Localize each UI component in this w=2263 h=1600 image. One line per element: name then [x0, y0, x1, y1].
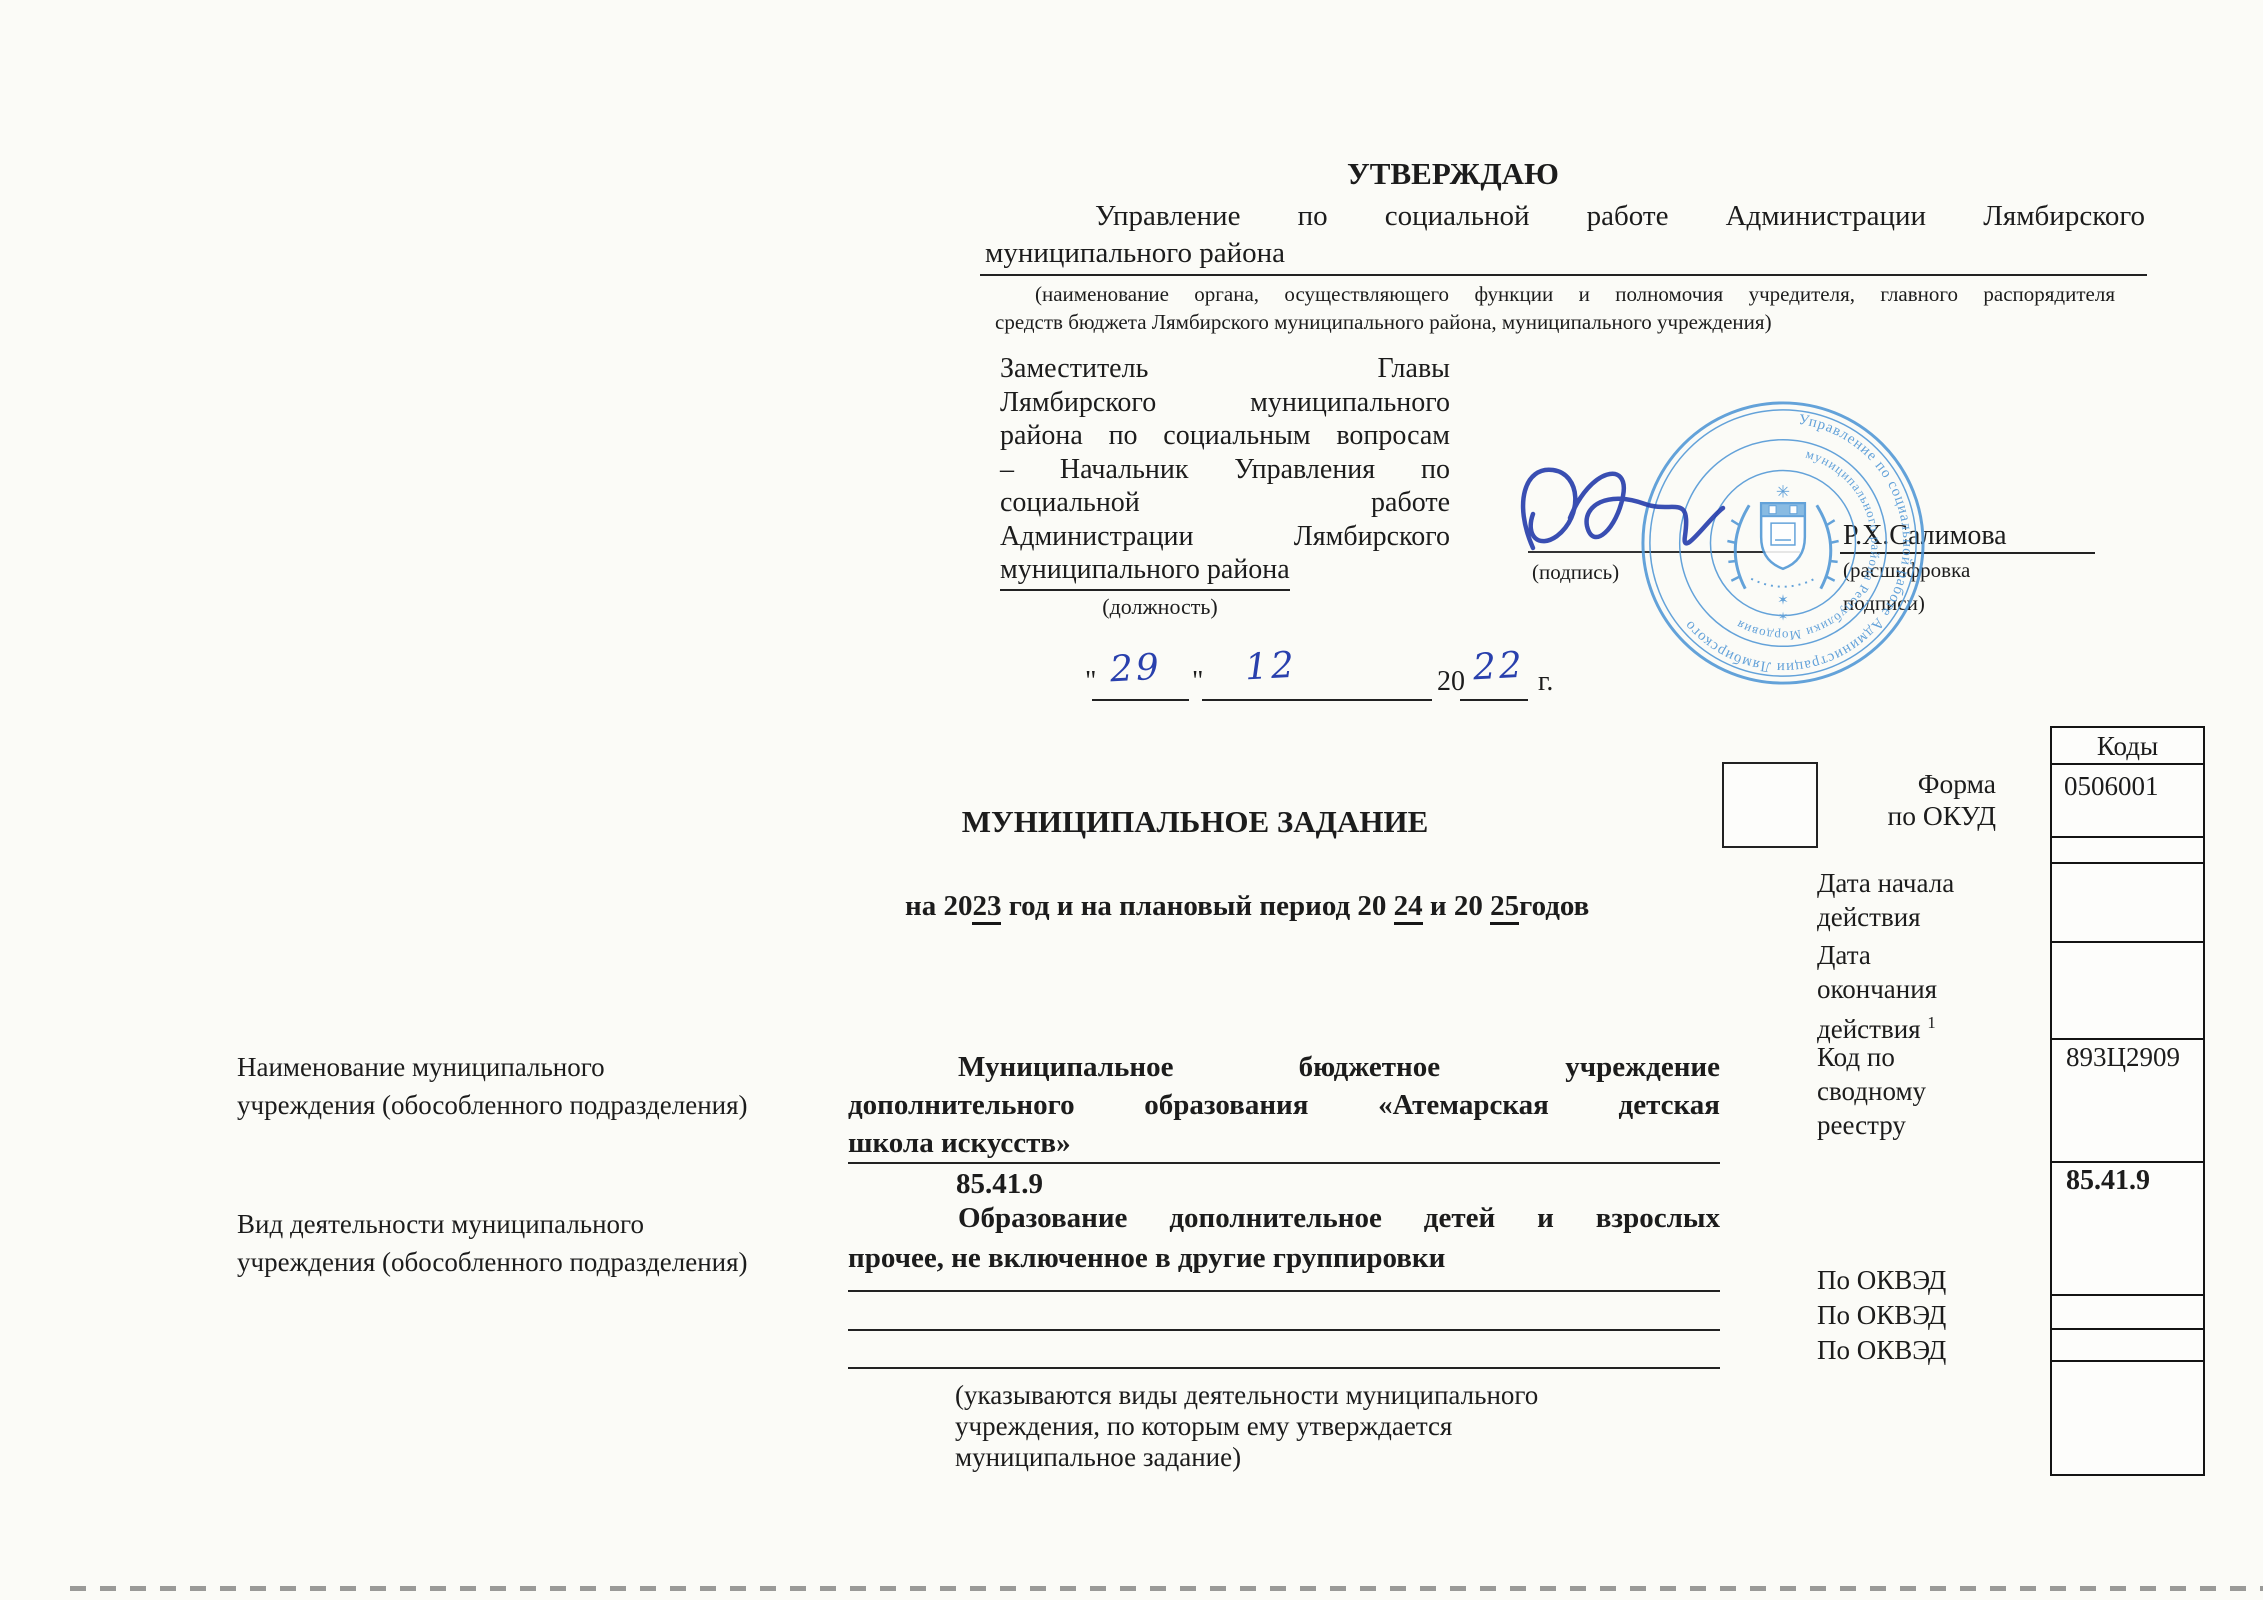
- activity-value-line1: Образование дополнительное детей и взрос…: [848, 1202, 1720, 1235]
- codes-table: Коды 0506001 893Ц2909 85.41.9: [2050, 726, 2205, 1476]
- activity-value-line2: прочее, не включенное в другие группиров…: [848, 1242, 1720, 1275]
- date-end-cell: [2052, 941, 2203, 1038]
- subtitle-text: на 20: [905, 890, 972, 922]
- approve-heading: УТВЕРЖДАЮ: [1318, 156, 1588, 192]
- scanned-document-page: УТВЕРЖДАЮ Управление по социальной работ…: [0, 0, 2263, 1600]
- stamp-star-icon: ✶: [1778, 609, 1788, 623]
- institution-name-value: Муниципальное бюджетное учреждение допол…: [848, 1048, 1720, 1162]
- date-year-handwritten: 22: [1472, 645, 1526, 689]
- position-line: Заместитель Главы: [1000, 352, 1450, 386]
- org-caption-line1: (наименование органа, осуществляющего фу…: [995, 282, 2115, 307]
- empty-cell: [2052, 836, 2203, 862]
- subtitle-year1: 23: [972, 890, 1001, 925]
- okved-empty-cell: [2052, 1294, 2203, 1328]
- date-century: 20: [1437, 666, 1465, 698]
- date-day-handwritten: 29: [1109, 647, 1163, 691]
- okud-code-cell: 0506001: [2052, 763, 2203, 836]
- position-line: Лямбирского муниципального: [1000, 386, 1450, 420]
- date-start-label-line2: действия: [1817, 900, 1921, 934]
- position-caption: (должность): [1040, 594, 1280, 620]
- date-start-label-line1: Дата начала: [1817, 866, 1954, 900]
- activity-label: Вид деятельности муниципального учрежден…: [237, 1205, 897, 1281]
- form-okud-label: Форма по ОКУД: [1830, 768, 1996, 832]
- institution-name-label: Наименование муниципального учреждения (…: [237, 1048, 897, 1124]
- signature-handwriting: [1495, 448, 1825, 578]
- subtitle-text: и 20: [1423, 890, 1490, 922]
- signer-position-block: Заместитель Главы Лямбирского муниципаль…: [1000, 352, 1450, 591]
- okved-label-2: По ОКВЭД: [1817, 1298, 1946, 1332]
- scan-edge-artifact: [70, 1586, 2263, 1591]
- okved-code-cell: 85.41.9: [2052, 1161, 2203, 1294]
- institution-name-line1: Муниципальное бюджетное учреждение: [848, 1048, 1720, 1086]
- okved-label-1: По ОКВЭД: [1817, 1263, 1946, 1297]
- form-label-line1: Форма: [1830, 768, 1996, 800]
- activity-caption-line2: учреждения, по которым ему утверждается: [955, 1411, 1565, 1442]
- date-year-line: [1460, 699, 1528, 701]
- codes-header-cell: Коды: [2052, 728, 2203, 763]
- document-title: МУНИЦИПАЛЬНОЕ ЗАДАНИЕ: [930, 804, 1460, 840]
- activity-underline-3: [848, 1367, 1720, 1369]
- form-label-line2: по ОКУД: [1830, 800, 1996, 832]
- activity-underline-2: [848, 1329, 1720, 1331]
- institution-name-line3: школа искусств»: [848, 1124, 1720, 1162]
- registry-label-line3: реестру: [1817, 1108, 1906, 1142]
- activity-label-line2: учреждения (обособленного подразделения): [237, 1243, 897, 1281]
- date-end-label-line2: окончания: [1817, 972, 1937, 1006]
- position-line: района по социальным вопросам: [1000, 419, 1450, 453]
- name-label-line2: учреждения (обособленного подразделения): [237, 1086, 897, 1124]
- date-month-line: [1202, 699, 1432, 701]
- subtitle-text: годов: [1519, 890, 1589, 922]
- date-start-cell: [2052, 862, 2203, 941]
- activity-caption-line1: (указываются виды деятельности муниципал…: [955, 1380, 1565, 1411]
- empty-form-box: [1722, 762, 1818, 848]
- position-line: – Начальник Управления по: [1000, 453, 1450, 487]
- institution-name-underline: [848, 1162, 1720, 1164]
- document-subtitle: на 2023 год и на плановый период 20 24 и…: [905, 890, 1589, 923]
- registry-code-cell: 893Ц2909: [2052, 1038, 2203, 1161]
- subtitle-text: год и на плановый период 20: [1001, 890, 1393, 922]
- position-line: Администрации Лямбирского: [1000, 520, 1450, 554]
- activity-label-line1: Вид деятельности муниципального: [237, 1205, 897, 1243]
- activity-caption-line3: муниципальное задание): [955, 1442, 1565, 1473]
- name-label-line1: Наименование муниципального: [237, 1048, 897, 1086]
- empty-cell: [2052, 1360, 2203, 1474]
- date-suffix: г.: [1538, 666, 1553, 698]
- position-line-underlined: муниципального района: [1000, 553, 1290, 591]
- subtitle-year2: 24: [1394, 890, 1423, 925]
- activity-caption: (указываются виды деятельности муниципал…: [955, 1380, 1565, 1473]
- registry-label-line2: сводному: [1817, 1074, 1926, 1108]
- date-quote-close: ": [1192, 666, 1203, 698]
- approving-org-line1: Управление по социальной работе Админист…: [985, 200, 2145, 233]
- activity-code-value: 85.41.9: [956, 1168, 1043, 1201]
- date-quote-open: ": [1085, 666, 1096, 698]
- okved-empty-cell: [2052, 1328, 2203, 1360]
- registry-label-line1: Код по: [1817, 1040, 1895, 1074]
- subtitle-year3: 25: [1490, 890, 1519, 925]
- stamp-star-icon: ✶: [1777, 594, 1789, 609]
- date-end-label-line1: Дата: [1817, 938, 1871, 972]
- approving-org-line2: муниципального района: [985, 237, 2145, 270]
- date-day-line: [1092, 699, 1189, 701]
- org-name-underline: [980, 274, 2147, 276]
- footnote-marker: 1: [1927, 1013, 1935, 1032]
- activity-underline-1: [848, 1290, 1720, 1292]
- org-caption-line2: средств бюджета Лямбирского муниципально…: [995, 310, 2115, 335]
- date-month-handwritten: 12: [1244, 645, 1298, 689]
- institution-name-line2: дополнительного образования «Атемарская …: [848, 1086, 1720, 1124]
- position-line: социальной работе: [1000, 486, 1450, 520]
- okved-label-3: По ОКВЭД: [1817, 1333, 1946, 1367]
